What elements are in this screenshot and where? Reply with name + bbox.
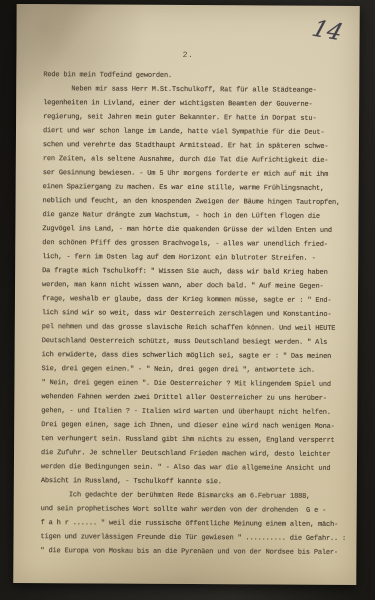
typewritten-text: Rede bin mein Todfeind geworden. Neben m… bbox=[40, 68, 349, 560]
handwritten-folio-number: 14 bbox=[309, 16, 346, 46]
text-line: " die Europa von Moskau bis an die Pyren… bbox=[40, 544, 346, 560]
document-page: 2. 14 Rede bin mein Todfeind geworden. N… bbox=[13, 4, 360, 585]
scanned-document-photo: { "doc": { "page_number": "2.", "handwri… bbox=[0, 0, 375, 600]
page-number: 2. bbox=[16, 50, 359, 61]
